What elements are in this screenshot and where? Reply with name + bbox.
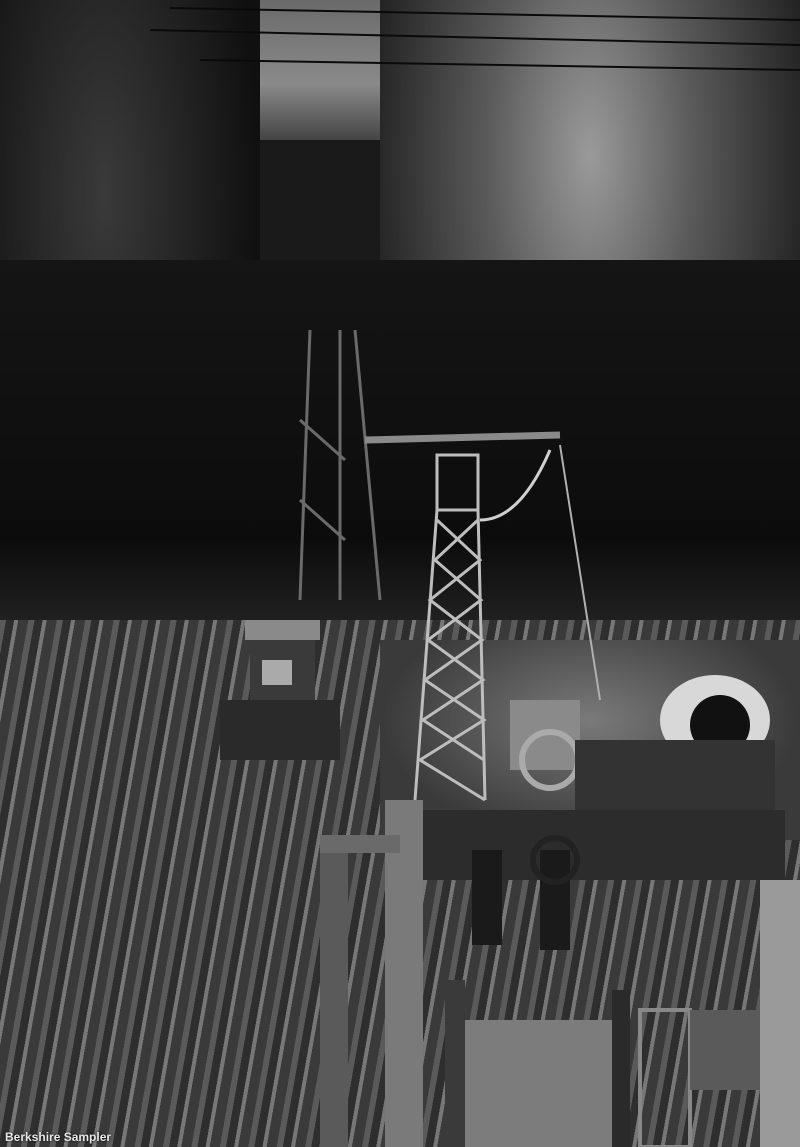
return-cable [480,450,550,520]
haul-rope [560,445,600,700]
bulldozer [220,620,340,760]
photograph: Berkshire Sampler [0,0,800,1147]
photo-caption: Berkshire Sampler [5,1130,111,1144]
distant-towers [300,330,380,600]
bullwheel-machinery [510,675,775,820]
wooden-terminal [320,800,800,1147]
overhead-cables [150,8,800,70]
scene-structures [0,0,800,1147]
